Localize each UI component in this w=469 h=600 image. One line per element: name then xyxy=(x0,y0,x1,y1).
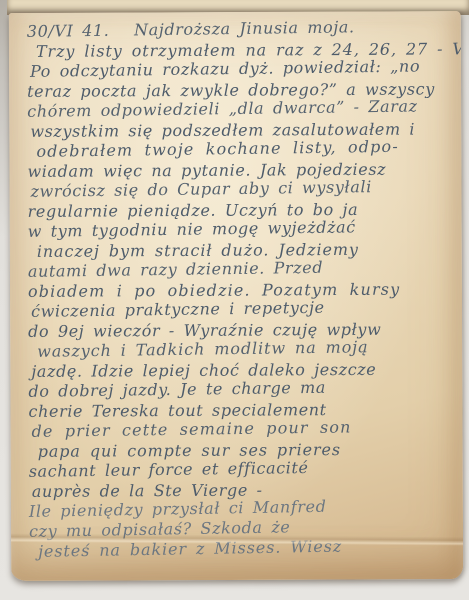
letter-photo: 30/VI 41. Najdroższa Jinusia moja. Trzy … xyxy=(0,0,469,600)
paper-sheet: 30/VI 41. Najdroższa Jinusia moja. Trzy … xyxy=(9,11,463,581)
letter-page: 30/VI 41. Najdroższa Jinusia moja. Trzy … xyxy=(27,20,457,562)
letter-heading-line: 30/VI 41. Najdroższa Jinusia moja. xyxy=(27,16,455,42)
letter-date: 30/VI 41. xyxy=(27,21,110,41)
letter-salutation: Najdroższa Jinusia moja. xyxy=(134,17,355,39)
